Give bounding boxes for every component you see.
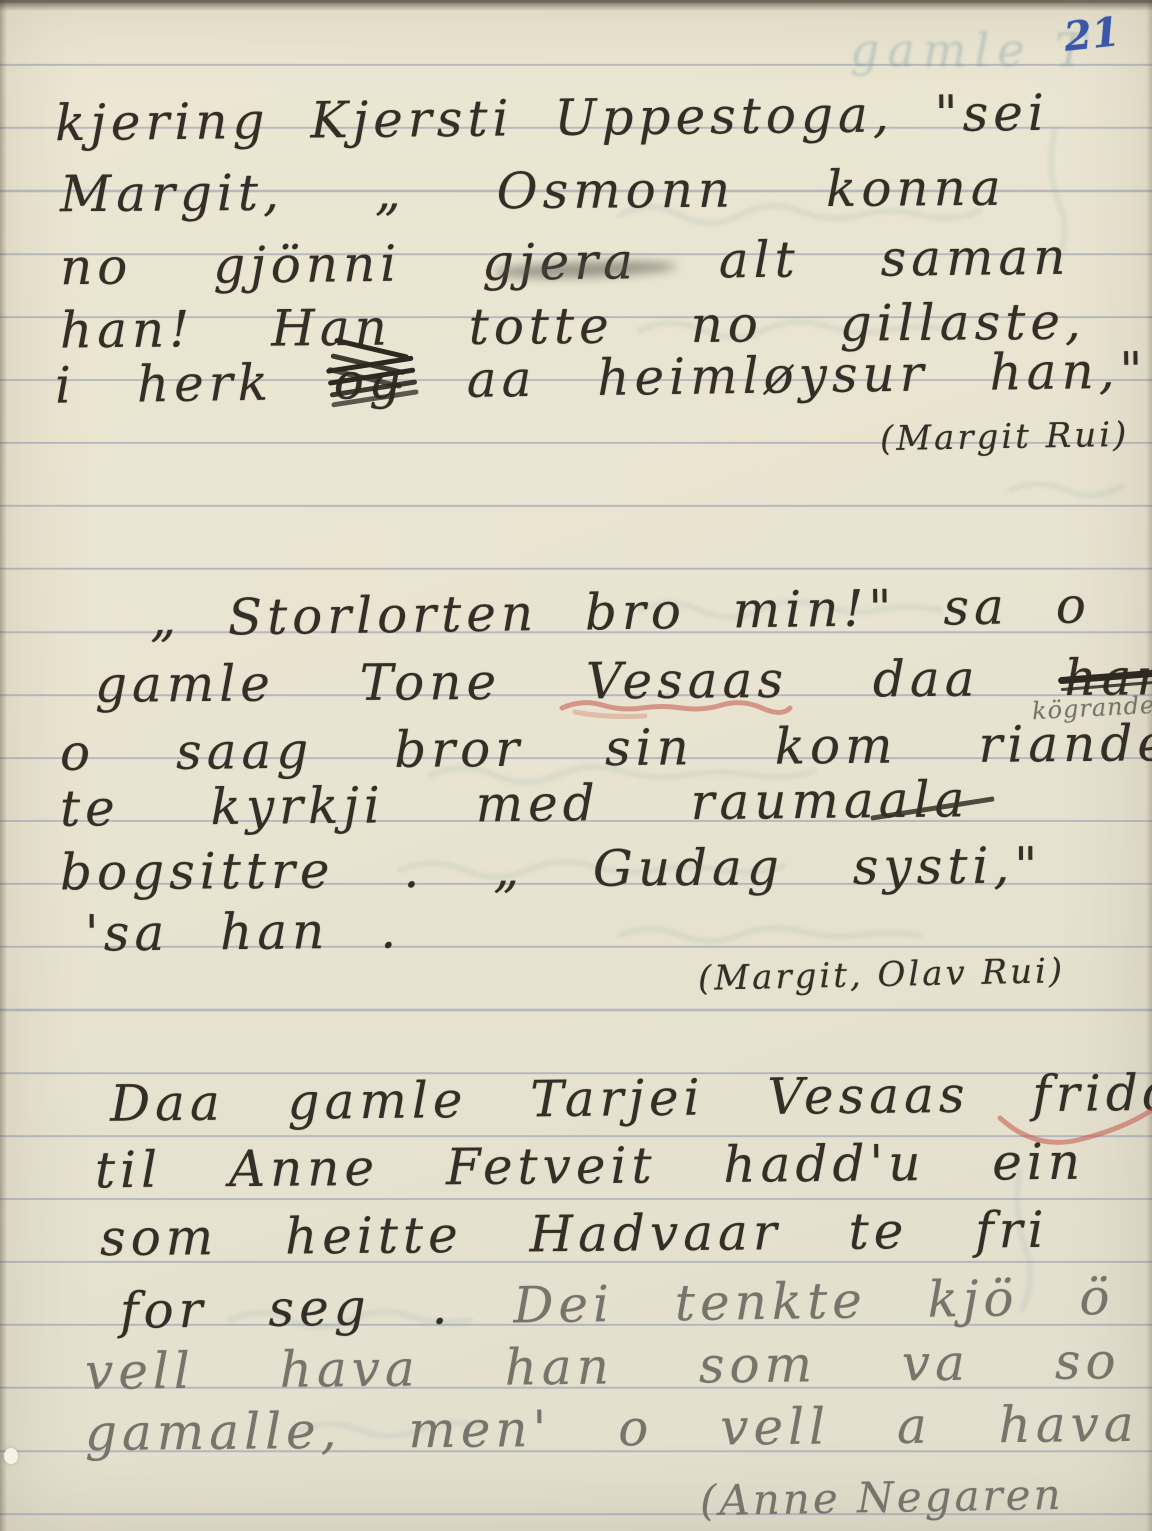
red-underline-vesaas-2 xyxy=(1000,1110,1152,1142)
scribbled-out-word: og xyxy=(333,352,406,411)
correction-strike xyxy=(870,796,994,820)
handwriting-line: han! Han totte no gillaste, xyxy=(60,296,1086,357)
inserted-word: kögrande xyxy=(1031,693,1152,725)
handwriting-line: Margit, „ Osmonn konna xyxy=(60,162,1006,221)
handwriting-line: te kyrkji med raumaala xyxy=(60,773,970,835)
handwriting-line: for seg . Dei tenkte kjö ö xyxy=(120,1271,1115,1337)
manuscript-page: gamle T 21 kjering Kjersti Uppestoga, "s… xyxy=(0,0,1152,1531)
line-text: aa heimløysur han," xyxy=(466,341,1148,408)
attribution: (Margit Rui) xyxy=(880,418,1130,458)
handwriting-line: til Anne Fetveit hadd'u ein xyxy=(95,1136,1085,1197)
handwriting-line: bogsittre . „ Gudag systi," xyxy=(60,840,1043,899)
red-underline-vesaas-1 xyxy=(562,703,790,713)
crossed-out-word: han xyxy=(1064,648,1152,707)
handwriting-line: gamalle, men' o vell a hava u xyxy=(85,1397,1152,1460)
page-left-edge xyxy=(0,0,7,1531)
ruled-lines xyxy=(0,0,1152,1531)
handwriting-line: gamle Tone Vesaas daa han xyxy=(95,651,1152,711)
line-text: for seg . xyxy=(120,1277,453,1340)
pencil-smudge xyxy=(492,259,677,280)
attribution: (Anne Negaren xyxy=(700,1473,1064,1523)
red-pencil-marks xyxy=(0,0,1152,1531)
bleedthrough-text: gamle T xyxy=(850,26,1094,74)
attribution: (Margit, Olav Rui) xyxy=(698,954,1066,997)
handwriting-line: vell hava han som va so , xyxy=(85,1334,1152,1398)
line-text-pencil: Dei tenkte kjö ö xyxy=(513,1268,1115,1334)
handwriting-line: Daa gamle Tarjei Vesaas fridde xyxy=(110,1066,1152,1130)
page-number: 21 xyxy=(1062,11,1122,59)
handwriting-line: 'sa han . xyxy=(85,904,402,960)
page-top-edge xyxy=(0,0,1152,11)
handwriting-line: „ Storlorten bro min!" sa o xyxy=(150,579,1092,645)
bleedthrough-marks xyxy=(0,0,1152,1531)
handwriting-line: som heitte Hadvaar te fri xyxy=(100,1204,1049,1265)
line-text: gamle Tone Vesaas daa xyxy=(95,650,980,714)
handwriting-line: o saag bror sin kom riande xyxy=(60,717,1152,779)
handwriting-line: kjering Kjersti Uppestoga, "sei xyxy=(55,87,1049,150)
page-right-edge xyxy=(1146,0,1152,1531)
handwriting-line: no gjönni gjera alt saman xyxy=(60,231,1071,294)
paper-flaw xyxy=(4,1448,18,1464)
handwriting-line: i herk og aa heimløysur han," xyxy=(55,344,1148,412)
line-text: i herk xyxy=(55,354,274,415)
